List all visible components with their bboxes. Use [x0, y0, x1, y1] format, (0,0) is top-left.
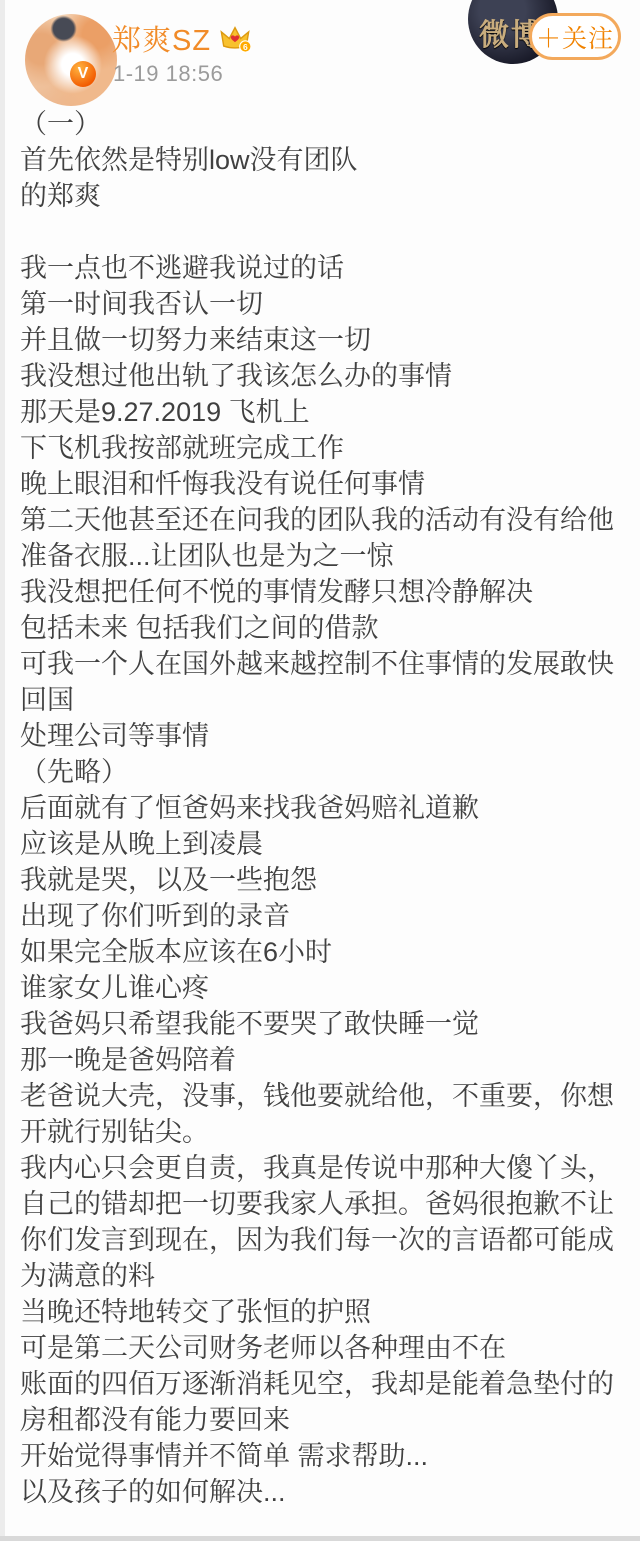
screenshot-bottom-edge: [0, 1536, 640, 1541]
post-line: （先略）: [20, 754, 640, 790]
svg-text:6: 6: [243, 42, 248, 52]
post-line: 后面就有了恒爸妈来找我爸妈赔礼道歉: [20, 790, 640, 826]
post-line: 我内心只会更自责，我真是传说中那种大傻丫头，: [20, 1150, 640, 1186]
post-line: 我爸妈只希望我能不要哭了敢快睡一觉: [20, 1006, 640, 1042]
post-line: 第一时间我否认一切: [20, 286, 640, 322]
post-line: 你们发言到现在，因为我们每一次的言语都可能成: [20, 1222, 640, 1258]
post-line: 我一点也不逃避我说过的话: [20, 250, 640, 286]
post-line: 下飞机我按部就班完成工作: [20, 430, 640, 466]
post-line: 晚上眼泪和忏悔我没有说任何事情: [20, 466, 640, 502]
post-line: 开就行别钻尖。: [20, 1114, 640, 1150]
post-line: 准备衣服...让团队也是为之一惊: [20, 538, 640, 574]
post-line: 当晚还特地转交了张恒的护照: [20, 1294, 640, 1330]
post-line: 首先依然是特别low没有团队: [20, 142, 640, 178]
post-line: 房租都没有能力要回来: [20, 1402, 640, 1438]
post-line: 那一晚是爸妈陪着: [20, 1042, 640, 1078]
post-line: 回国: [20, 682, 640, 718]
post-line: 我没想把任何不悦的事情发酵只想冷静解决: [20, 574, 640, 610]
post-line: 并且做一切努力来结束这一切: [20, 322, 640, 358]
verified-v-icon: V: [70, 61, 96, 87]
post-line: 为满意的料: [20, 1258, 640, 1294]
watermark-year-text: 2020: [468, 0, 558, 2]
username[interactable]: 郑爽SZ: [112, 18, 211, 59]
post-line: 我没想过他出轨了我该怎么办的事情: [20, 358, 640, 394]
post-line: 老爸说大壳，没事，钱他要就给他，不重要，你想: [20, 1078, 640, 1114]
post-line: 自己的错却把一切要我家人承担。爸妈很抱歉不让: [20, 1186, 640, 1222]
post-line: 应该是从晚上到凌晨: [20, 826, 640, 862]
post-line: （一）: [20, 106, 640, 142]
post-line: 第二天他甚至还在问我的团队我的活动有没有给他: [20, 502, 640, 538]
post-line: 账面的四佰万逐渐消耗见空，我却是能着急垫付的: [20, 1366, 640, 1402]
post-line: 以及孩子的如何解决...: [20, 1474, 640, 1510]
post-line: 开始觉得事情并不简单 需求帮助...: [20, 1438, 640, 1474]
post-line: [20, 214, 640, 250]
post-timestamp: 1-19 18:56: [113, 61, 223, 87]
post-line: 可我一个人在国外越来越控制不住事情的发展敢快: [20, 646, 640, 682]
post-line: 的郑爽: [20, 178, 640, 214]
post-line: 包括未来 包括我们之间的借款: [20, 610, 640, 646]
post-line: 可是第二天公司财务老师以各种理由不在: [20, 1330, 640, 1366]
post-line: 我就是哭，以及一些抱怨: [20, 862, 640, 898]
post-body-text: （一）首先依然是特别low没有团队的郑爽我一点也不逃避我说过的话第一时间我否认一…: [0, 106, 640, 1510]
follow-button[interactable]: ＋关注: [529, 13, 621, 60]
vip-crown-icon: 6: [219, 24, 251, 53]
post-line: 那天是9.27.2019 飞机上: [20, 394, 640, 430]
post-line: 谁家女儿谁心疼: [20, 970, 640, 1006]
avatar[interactable]: V: [25, 14, 117, 106]
post-header: 2020 微博 V 郑爽SZ 6 1-19 18:56 ＋关注: [0, 0, 640, 106]
post-line: 处理公司等事情: [20, 718, 640, 754]
post-line: 出现了你们听到的录音: [20, 898, 640, 934]
post-line: 如果完全版本应该在6小时: [20, 934, 640, 970]
